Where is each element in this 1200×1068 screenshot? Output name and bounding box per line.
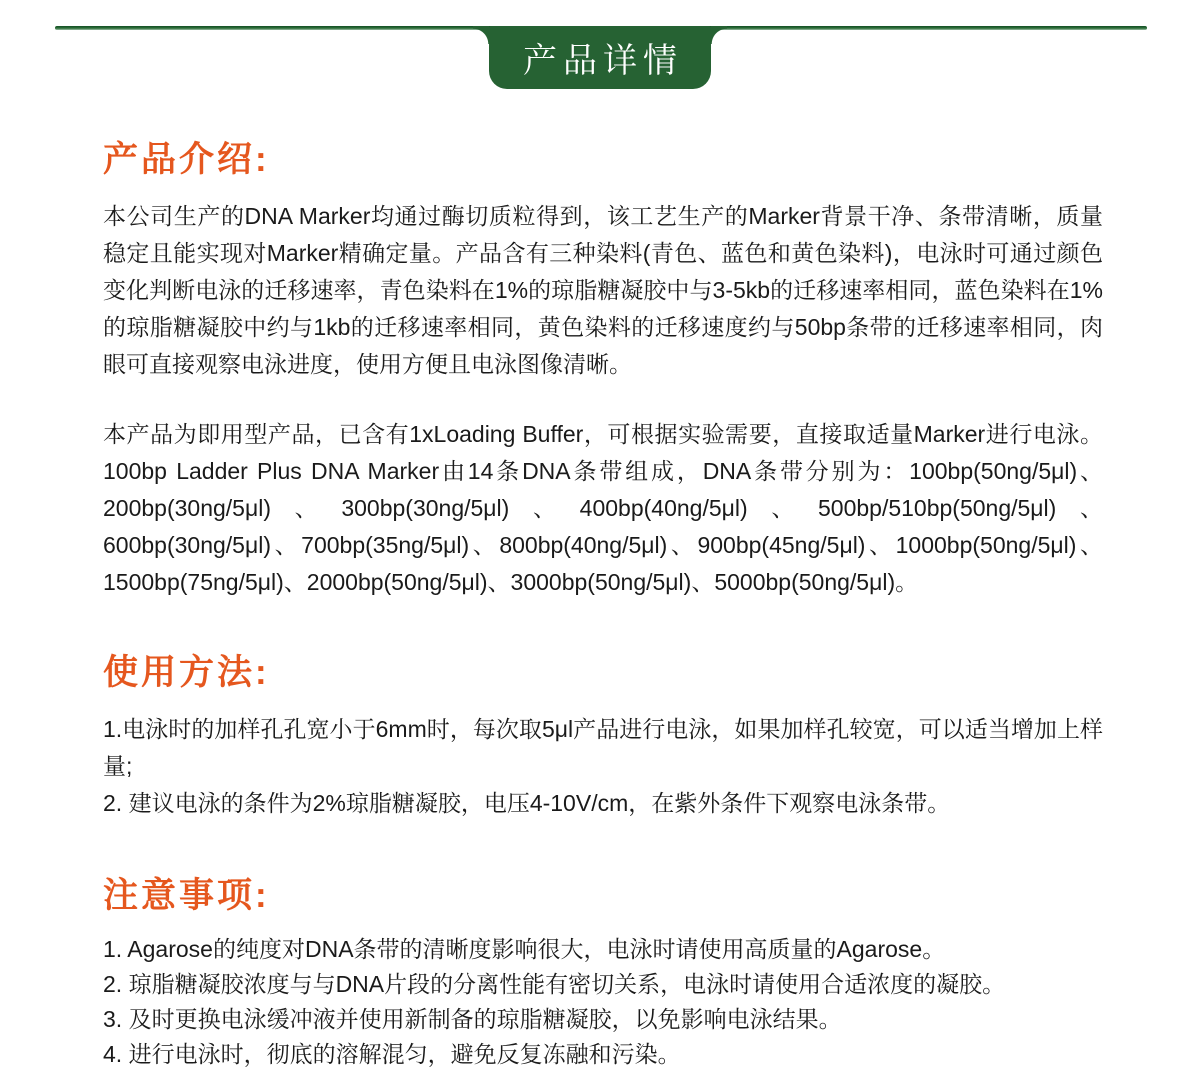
page-title: 产品详情 [517, 33, 683, 82]
usage-item-1: 1.电泳时的加样孔孔宽小于6mm时，每次取5μl产品进行电泳，如果加样孔较宽，可… [103, 711, 1103, 785]
page-header: 产品详情 [0, 0, 1200, 90]
note-item-2: 2. 琼脂糖凝胶浓度与与DNA片段的分离性能有密切关系，电泳时请使用合适浓度的凝… [103, 967, 1103, 1002]
note-item-3: 3. 及时更换电泳缓冲液并使用新制备的琼脂糖凝胶，以免影响电泳结果。 [103, 1002, 1103, 1037]
section-heading-usage-method: 使用方法: [103, 645, 1103, 695]
intro-paragraph-2: 本产品为即用型产品，已含有1xLoading Buffer，可根据实验需要，直接… [103, 416, 1103, 601]
note-item-4: 4. 进行电泳时，彻底的溶解混匀，避免反复冻融和污染。 [103, 1037, 1103, 1068]
section-heading-product-intro: 产品介绍: [103, 132, 1103, 182]
usage-item-2: 2. 建议电泳的条件为2%琼脂糖凝胶，电压4-10V/cm，在紫外条件下观察电泳… [103, 785, 1103, 822]
content-area: 产品介绍: 本公司生产的DNA Marker均通过酶切质粒得到，该工艺生产的Ma… [103, 132, 1103, 1068]
section-heading-precautions: 注意事项: [103, 868, 1103, 918]
intro-paragraph-1: 本公司生产的DNA Marker均通过酶切质粒得到，该工艺生产的Marker背景… [103, 198, 1103, 383]
note-item-1: 1. Agarose的纯度对DNA条带的清晰度影响很大，电泳时请使用高质量的Ag… [103, 932, 1103, 967]
title-banner: 产品详情 [489, 26, 711, 89]
